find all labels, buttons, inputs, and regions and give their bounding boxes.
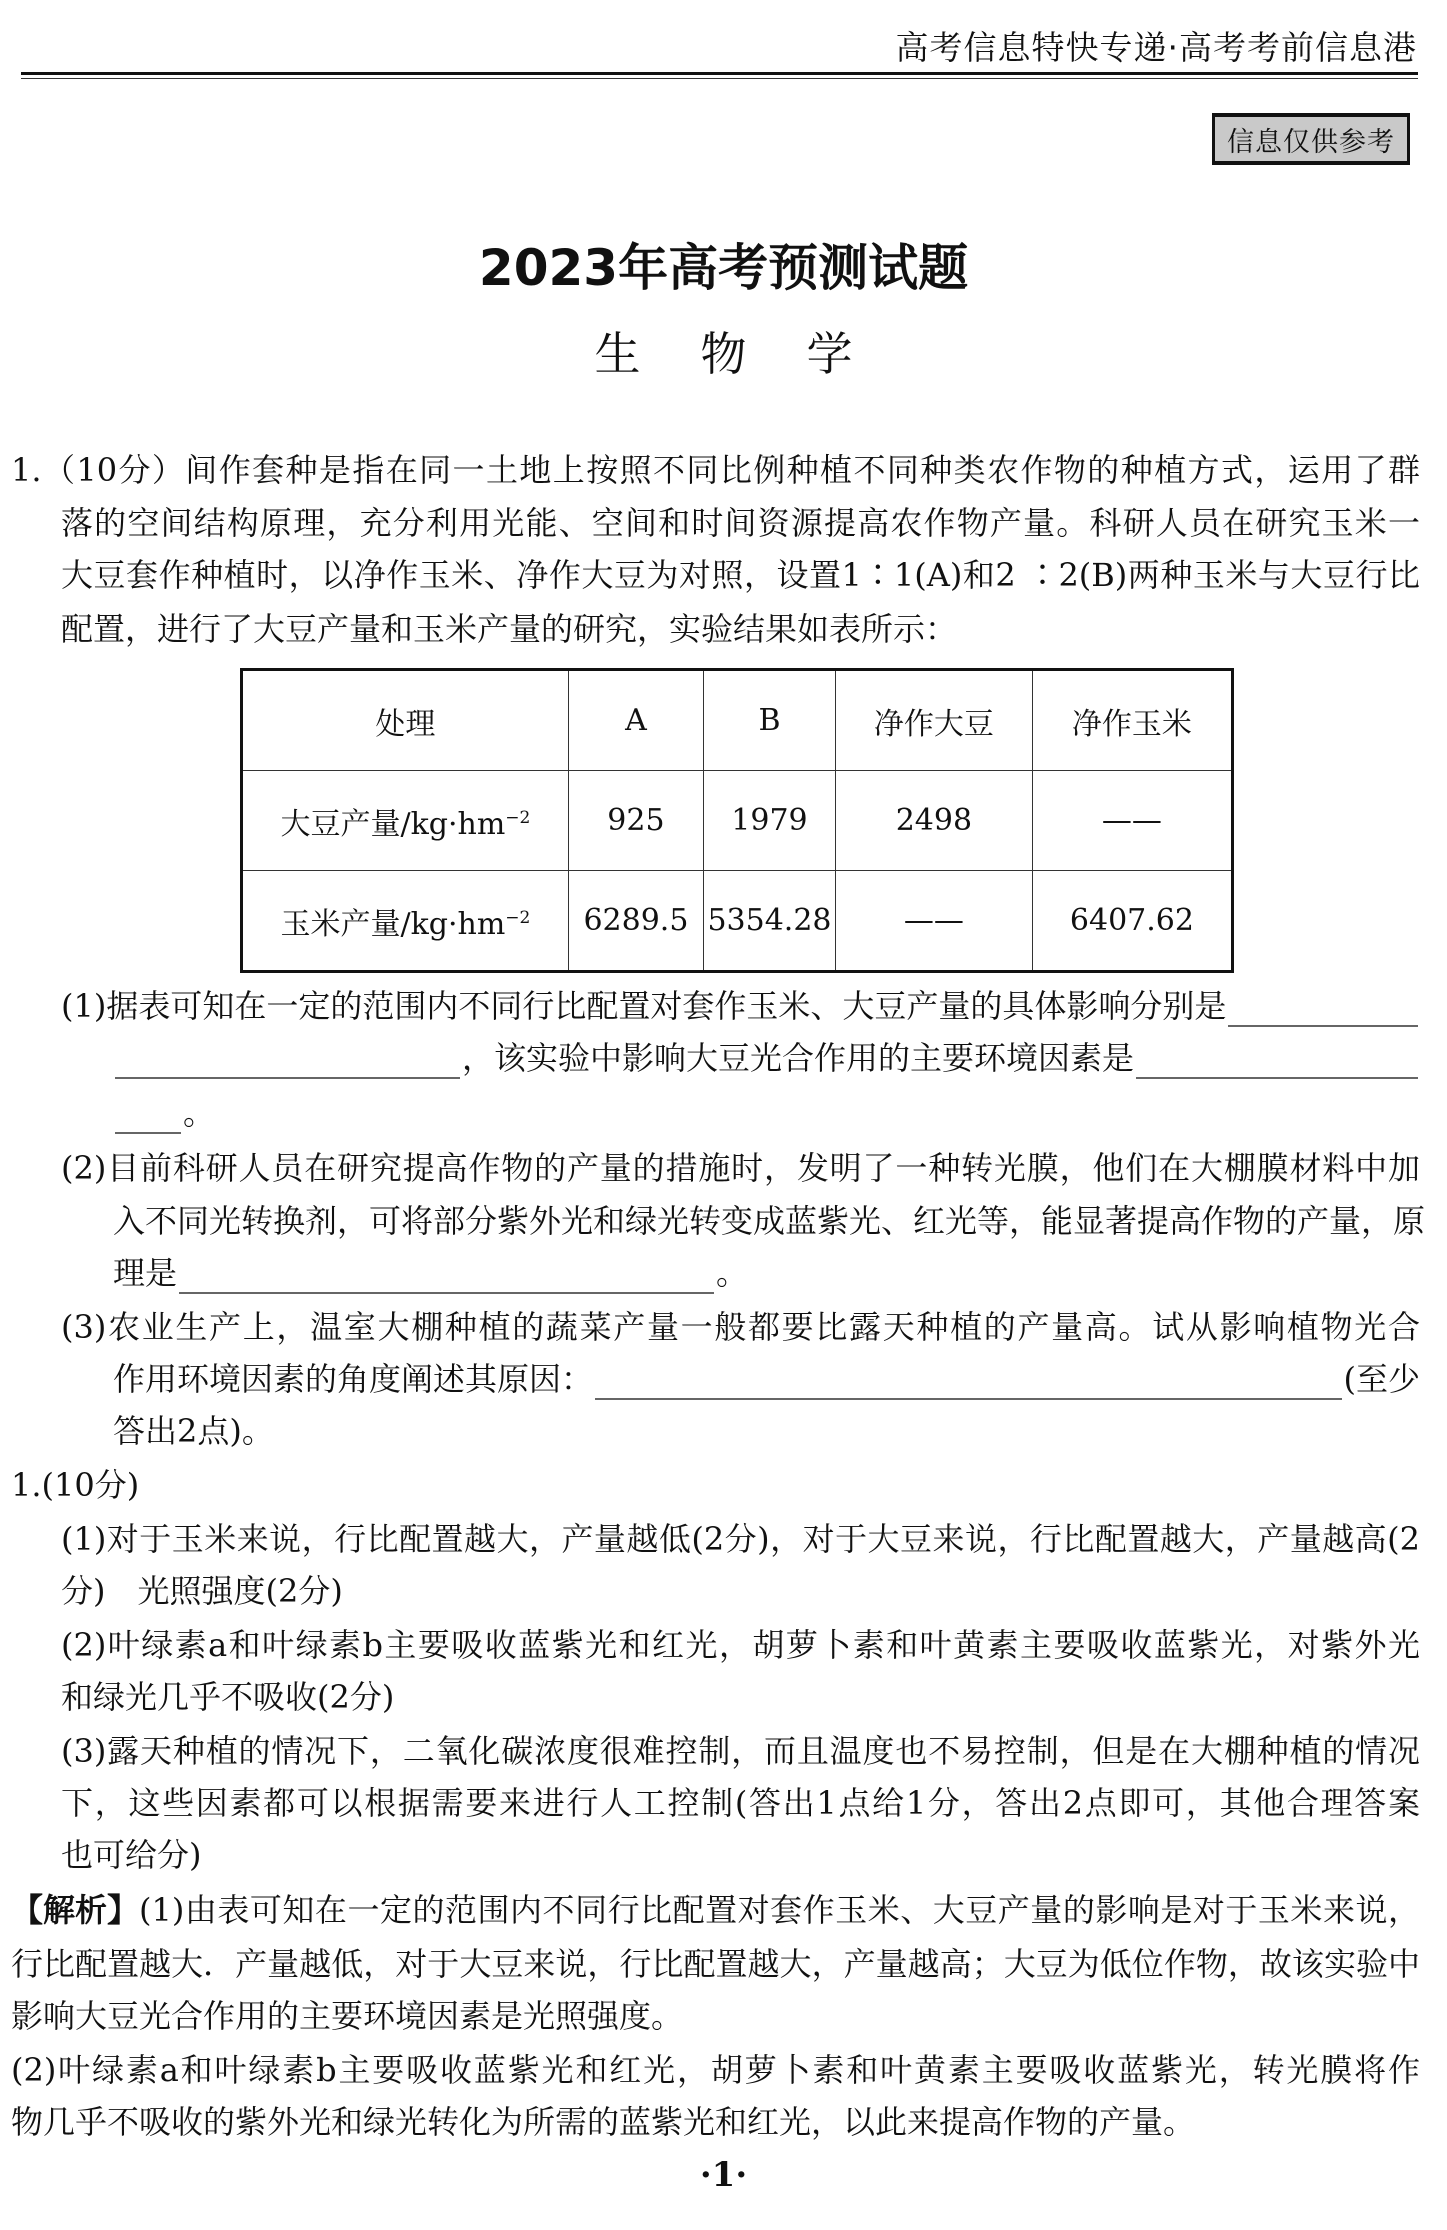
- page-title: 2023年高考预测试题: [0, 228, 1447, 300]
- table-header-row: 处理 A B 净作大豆 净作玉米: [242, 670, 1233, 771]
- analysis-line: 影响大豆光合作用的主要环境因素是光照强度。: [11, 1990, 1420, 2042]
- analysis-line: 物几乎不吸收的紫外光和绿光转化为所需的蓝紫光和红光，以此来提高作物的产量。: [11, 2096, 1420, 2148]
- row-label-text: 玉米产量/kg·hm: [280, 907, 505, 942]
- header-banner: 高考信息特快专递·高考考前信息港: [896, 22, 1418, 69]
- table-header-cell: B: [704, 670, 836, 771]
- table-cell: 925: [568, 771, 703, 871]
- table-cell: 6407.62: [1032, 871, 1232, 972]
- answer-blank[interactable]: [1136, 1037, 1418, 1079]
- row-label: 玉米产量/kg·hm−2: [242, 871, 569, 972]
- row-label-text: 大豆产量/kg·hm: [280, 807, 505, 842]
- analysis-line: 行比配置越大．产量越低，对于大豆来说，行比配置越大，产量越高；大豆为低位作物，故…: [11, 1938, 1420, 1990]
- answer-line: 和绿光几乎不吸收(2分): [61, 1671, 1420, 1723]
- unit-exponent: −2: [505, 808, 530, 828]
- question-line: 1.（10分）间作套种是指在同一土地上按照不同比例种植不同种类农作物的种植方式，…: [11, 444, 1420, 496]
- subquestion-text: 。: [183, 1087, 215, 1139]
- answer-line: (1)对于玉米来说，行比配置越大，产量越低(2分)，对于大豆来说，行比配置越大，…: [61, 1513, 1420, 1565]
- table-cell: 1979: [704, 771, 836, 871]
- unit-exponent: −2: [505, 908, 530, 928]
- subquestion-text: 作用环境因素的角度阐述其原因：: [113, 1353, 593, 1405]
- analysis-first-line: 【解析】 (1)由表可知在一定的范围内不同行比配置对套作玉米、大豆产量的影响是对…: [11, 1884, 1420, 1936]
- subquestion-3-line: 作用环境因素的角度阐述其原因： (至少: [113, 1353, 1420, 1405]
- answer-line: 下，这些因素都可以根据需要来进行人工控制(答出1点给1分，答出2点即可，其他合理…: [61, 1777, 1420, 1829]
- table-cell: ——: [835, 871, 1032, 972]
- table-header-cell: 净作大豆: [835, 670, 1032, 771]
- table-cell: ——: [1032, 771, 1232, 871]
- subject-char: 学: [807, 318, 853, 384]
- subquestion-text: (至少: [1344, 1353, 1421, 1405]
- subquestion-2-line: (2)目前科研人员在研究提高作物的产量的措施时，发明了一种转光膜，他们在大棚膜材…: [61, 1142, 1420, 1194]
- table-header-cell: 处理: [242, 670, 569, 771]
- table-row: 大豆产量/kg·hm−2 925 1979 2498 ——: [242, 771, 1233, 871]
- answer-line: (3)露天种植的情况下，二氧化碳浓度很难控制，而且温度也不易控制，但是在大棚种植…: [61, 1725, 1420, 1777]
- subject-char: 生: [595, 318, 641, 384]
- question-line: 配置，进行了大豆产量和玉米产量的研究，实验结果如表所示：: [61, 603, 1420, 655]
- row-label: 大豆产量/kg·hm−2: [242, 771, 569, 871]
- analysis-label: 【解析】: [11, 1884, 139, 1936]
- subquestion-text: ，该实验中影响大豆光合作用的主要环境因素是: [462, 1032, 1134, 1084]
- answer-blank[interactable]: [115, 1092, 181, 1134]
- answer-line: 分) 光照强度(2分): [61, 1565, 1420, 1617]
- results-table: 处理 A B 净作大豆 净作玉米 大豆产量/kg·hm−2 925 1979 2…: [240, 668, 1234, 973]
- table-cell: 6289.5: [568, 871, 703, 972]
- subquestion-text: 理是: [113, 1247, 177, 1299]
- subquestion-3-line: 答出2点)。: [113, 1405, 1420, 1457]
- answer-line: (2)叶绿素a和叶绿素b主要吸收蓝紫光和红光，胡萝卜素和叶黄素主要吸收蓝紫光，对…: [61, 1619, 1420, 1671]
- table-header-cell: 净作玉米: [1032, 670, 1232, 771]
- table-row: 玉米产量/kg·hm−2 6289.5 5354.28 —— 6407.62: [242, 871, 1233, 972]
- header-rule-thick: [21, 72, 1418, 75]
- page-number: ·1·: [0, 2155, 1447, 2195]
- subquestion-3-line: (3)农业生产上，温室大棚种植的蔬菜产量一般都要比露天种植的产量高。试从影响植物…: [61, 1301, 1420, 1353]
- answer-blank[interactable]: [595, 1358, 1341, 1400]
- question-line: 大豆套作种植时，以净作玉米、净作大豆为对照，设置1∶1(A)和2 ∶2(B)两种…: [61, 549, 1420, 601]
- table-header-cell: A: [568, 670, 703, 771]
- table-cell: 2498: [835, 771, 1032, 871]
- analysis-text: (1)由表可知在一定的范围内不同行比配置对套作玉米、大豆产量的影响是对于玉米来说…: [139, 1884, 1420, 1936]
- subquestion-text: 。: [716, 1247, 748, 1299]
- subquestion-2-line: 入不同光转换剂，可将部分紫外光和绿光转变成蓝紫光、红光等，能显著提高作物的产量，…: [113, 1195, 1420, 1247]
- subquestion-1-line: 。: [113, 1087, 1420, 1139]
- analysis-line: (2)叶绿素a和叶绿素b主要吸收蓝紫光和红光，胡萝卜素和叶黄素主要吸收蓝紫光，转…: [11, 2044, 1420, 2096]
- answer-heading: 1.(10分): [11, 1459, 1420, 1511]
- answer-blank[interactable]: [179, 1252, 714, 1294]
- header-rule-thin: [21, 78, 1418, 79]
- subject-char: 物: [701, 318, 747, 384]
- table-cell: 5354.28: [704, 871, 836, 972]
- info-badge: 信息仅供参考: [1212, 113, 1410, 165]
- answer-line: 也可给分): [61, 1829, 1420, 1881]
- subject-title: 生物学: [0, 318, 1447, 384]
- answer-blank[interactable]: [115, 1037, 460, 1079]
- subquestion-2-line: 理是 。: [113, 1247, 1420, 1299]
- question-line: 落的空间结构原理，充分利用光能、空间和时间资源提高农作物产量。科研人员在研究玉米…: [61, 497, 1420, 549]
- subquestion-text: (1)据表可知在一定的范围内不同行比配置对套作玉米、大豆产量的具体影响分别是: [61, 980, 1226, 1032]
- subquestion-1-line: ，该实验中影响大豆光合作用的主要环境因素是: [113, 1032, 1420, 1084]
- answer-blank[interactable]: [1228, 985, 1418, 1027]
- subquestion-1-line: (1)据表可知在一定的范围内不同行比配置对套作玉米、大豆产量的具体影响分别是: [61, 980, 1420, 1032]
